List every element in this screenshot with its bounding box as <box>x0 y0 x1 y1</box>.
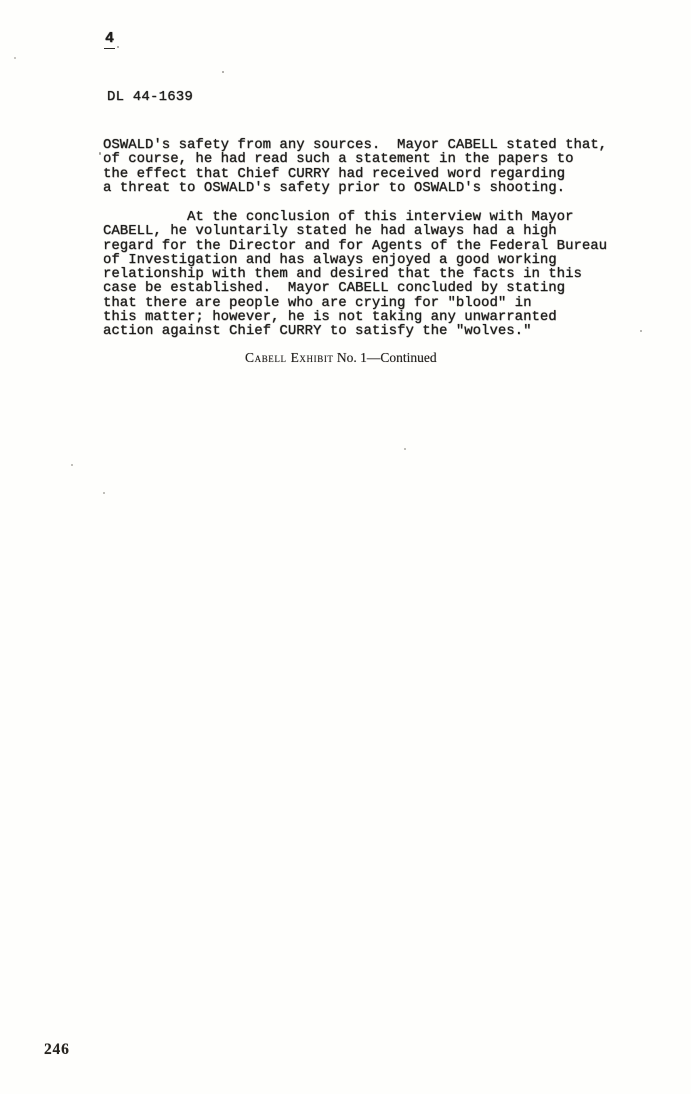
scan-speck <box>14 57 16 59</box>
scan-speck <box>99 152 101 155</box>
scan-speck <box>222 71 224 73</box>
exhibit-caption-continued: No. 1—Continued <box>334 350 437 365</box>
document-reference: DL 44-1639 <box>107 90 193 105</box>
document-page: 4 DL 44-1639 OSWALD's safety from any so… <box>0 0 691 1094</box>
paragraph-oswald-safety: OSWALD's safety from any sources. Mayor … <box>103 138 607 195</box>
paragraph-interview-conclusion: At the conclusion of this interview with… <box>103 210 607 339</box>
scan-speck <box>71 464 73 466</box>
exhibit-caption: Cabell Exhibit No. 1—Continued <box>245 350 437 365</box>
scan-speck <box>640 330 642 332</box>
scan-speck <box>404 448 406 450</box>
page-number-bottom: 246 <box>44 1041 70 1059</box>
scan-speck <box>117 46 119 48</box>
page-number-top: 4 <box>104 31 115 49</box>
scan-speck <box>103 492 105 494</box>
exhibit-caption-title: Cabell Exhibit <box>245 350 334 365</box>
